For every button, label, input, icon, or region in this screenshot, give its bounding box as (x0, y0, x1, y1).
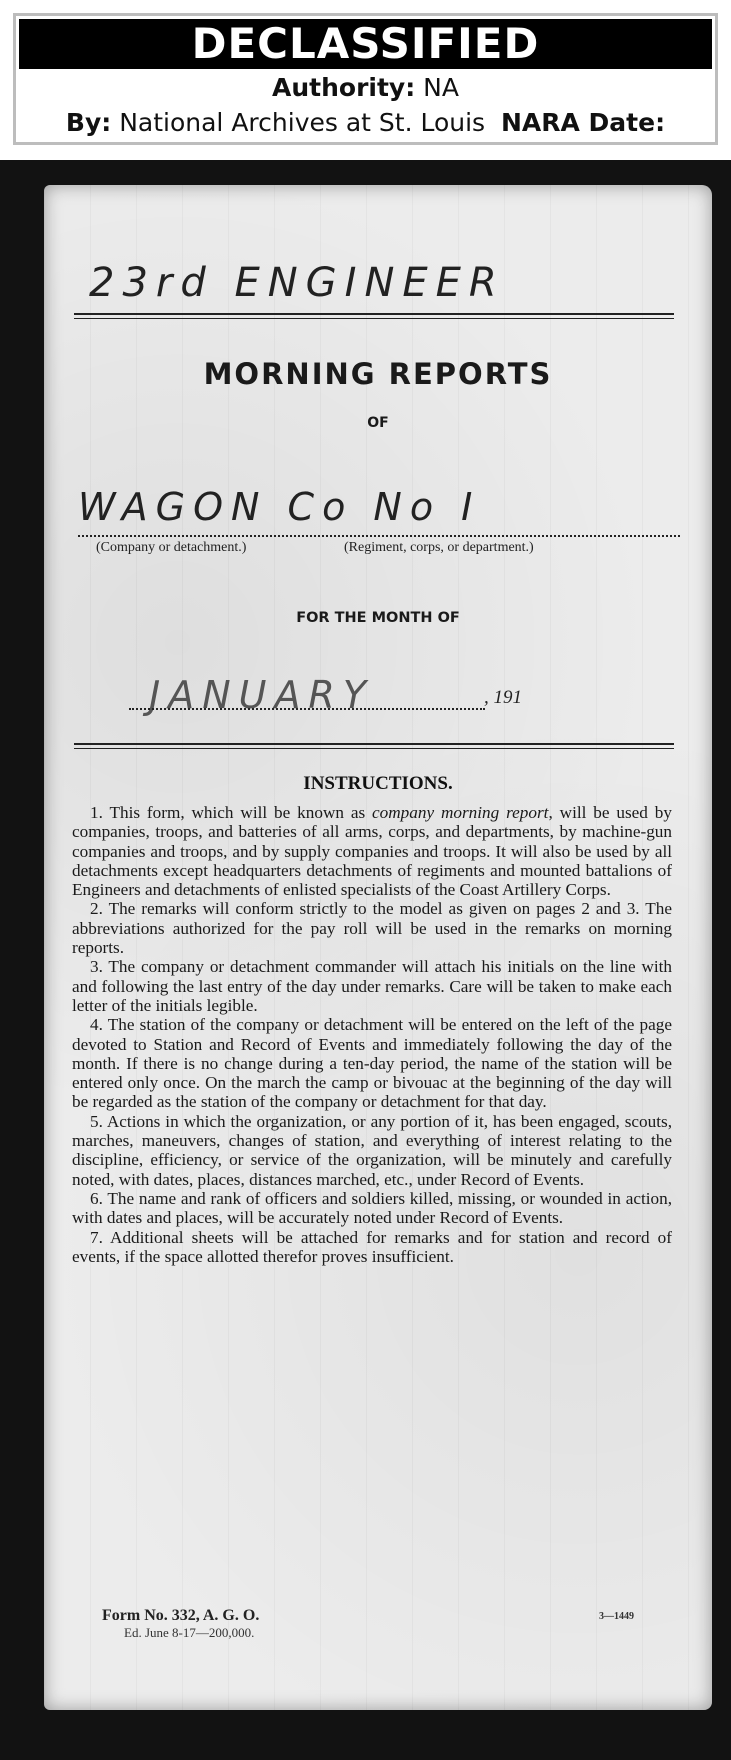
instructions-body: 1. This form, which will be known as com… (72, 803, 672, 1266)
of-label: OF (44, 415, 712, 431)
instruction-7: 7. Additional sheets will be attached fo… (72, 1228, 672, 1267)
scanned-document: 23rd ENGINEER MORNING REPORTS OF WAGON C… (0, 160, 731, 1760)
top-double-rule (74, 313, 674, 319)
declassification-stamp: DECLASSIFIED Authority: NA By: National … (13, 13, 718, 145)
mid-double-rule (74, 743, 674, 749)
instruction-3: 3. The company or detachment commander w… (72, 957, 672, 1015)
handwritten-company: WAGON Co No I (78, 485, 480, 529)
stamp-title: DECLASSIFIED (19, 19, 712, 69)
by-value: National Archives at St. Louis (119, 108, 485, 137)
instruction-4: 4. The station of the company or detachm… (72, 1015, 672, 1111)
handwritten-unit: 23rd ENGINEER (89, 260, 505, 306)
year-prefix: , 191 (484, 687, 522, 709)
caption-regiment: (Regiment, corps, or department.) (344, 540, 534, 556)
instruction-5: 5. Actions in which the organization, or… (72, 1112, 672, 1189)
form-paper: 23rd ENGINEER MORNING REPORTS OF WAGON C… (44, 185, 712, 1710)
form-edition: Ed. June 8-17—200,000. (124, 1625, 254, 1641)
authority-label: Authority: (272, 73, 415, 102)
by-label: By: (66, 108, 111, 137)
handwritten-month: JANUARY (149, 673, 374, 717)
instruction-1: 1. This form, which will be known as com… (72, 803, 672, 899)
instruction-emphasis: company morning report (372, 803, 548, 822)
for-month-label: FOR THE MONTH OF (44, 610, 712, 626)
instructions-title: INSTRUCTIONS. (44, 773, 712, 795)
stamp-authority: Authority: NA (16, 73, 715, 103)
instruction-2: 2. The remarks will conform strictly to … (72, 899, 672, 957)
company-line (78, 535, 680, 537)
print-code: 3—1449 (599, 1611, 634, 1622)
instruction-6: 6. The name and rank of officers and sol… (72, 1189, 672, 1228)
nara-date-label: NARA Date: (501, 108, 665, 137)
authority-value: NA (423, 73, 459, 102)
form-title: MORNING REPORTS (44, 357, 712, 391)
stamp-by-line: By: National Archives at St. Louis NARA … (16, 108, 715, 138)
month-line (129, 708, 485, 710)
caption-company: (Company or detachment.) (96, 540, 246, 556)
form-number: Form No. 332, A. G. O. (102, 1607, 259, 1625)
